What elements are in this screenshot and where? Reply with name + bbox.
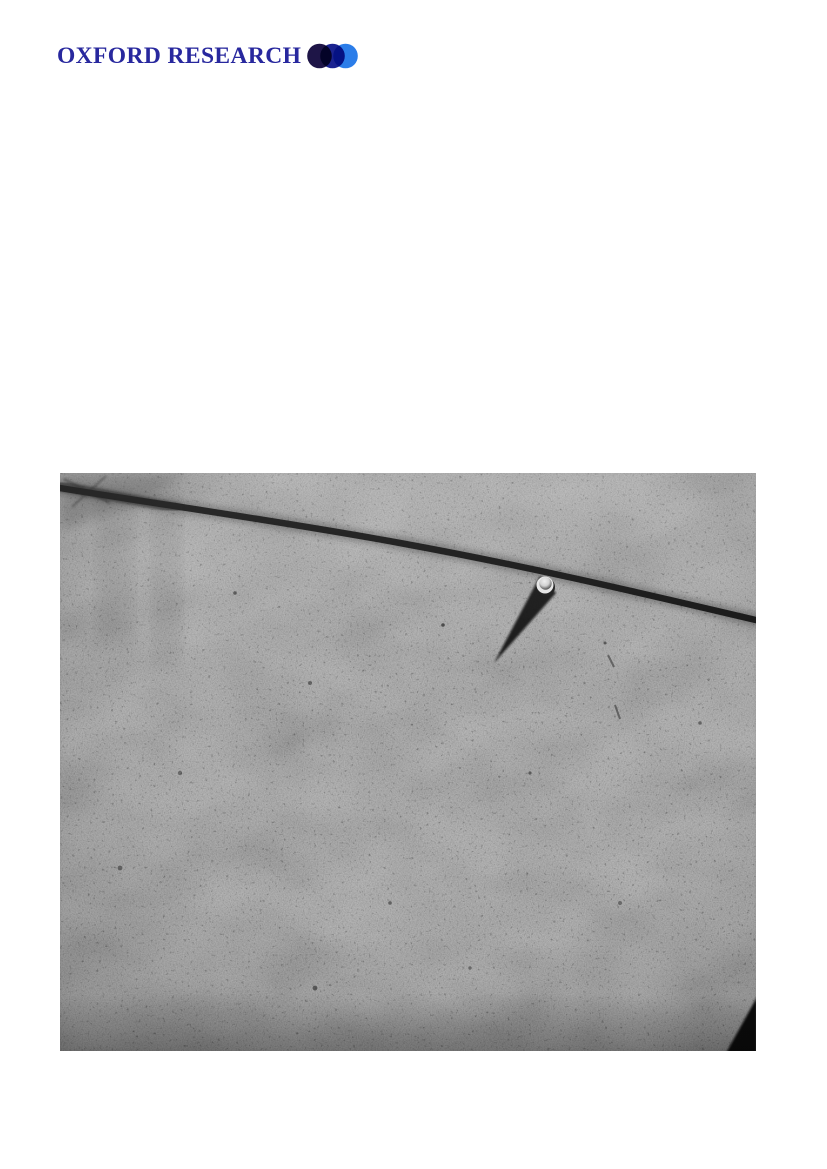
report-cover-page: OXFORD RESEARCH [0, 0, 827, 1169]
bottom-shade-overlay [60, 473, 756, 1051]
oxford-research-logo: OXFORD RESEARCH [57, 41, 358, 71]
concrete-wall-illustration [60, 473, 756, 1051]
logo-circle-bright [333, 44, 358, 69]
logo-text: OXFORD RESEARCH [57, 43, 301, 69]
cover-photo [60, 473, 756, 1051]
logo-circles-icon [307, 43, 358, 69]
